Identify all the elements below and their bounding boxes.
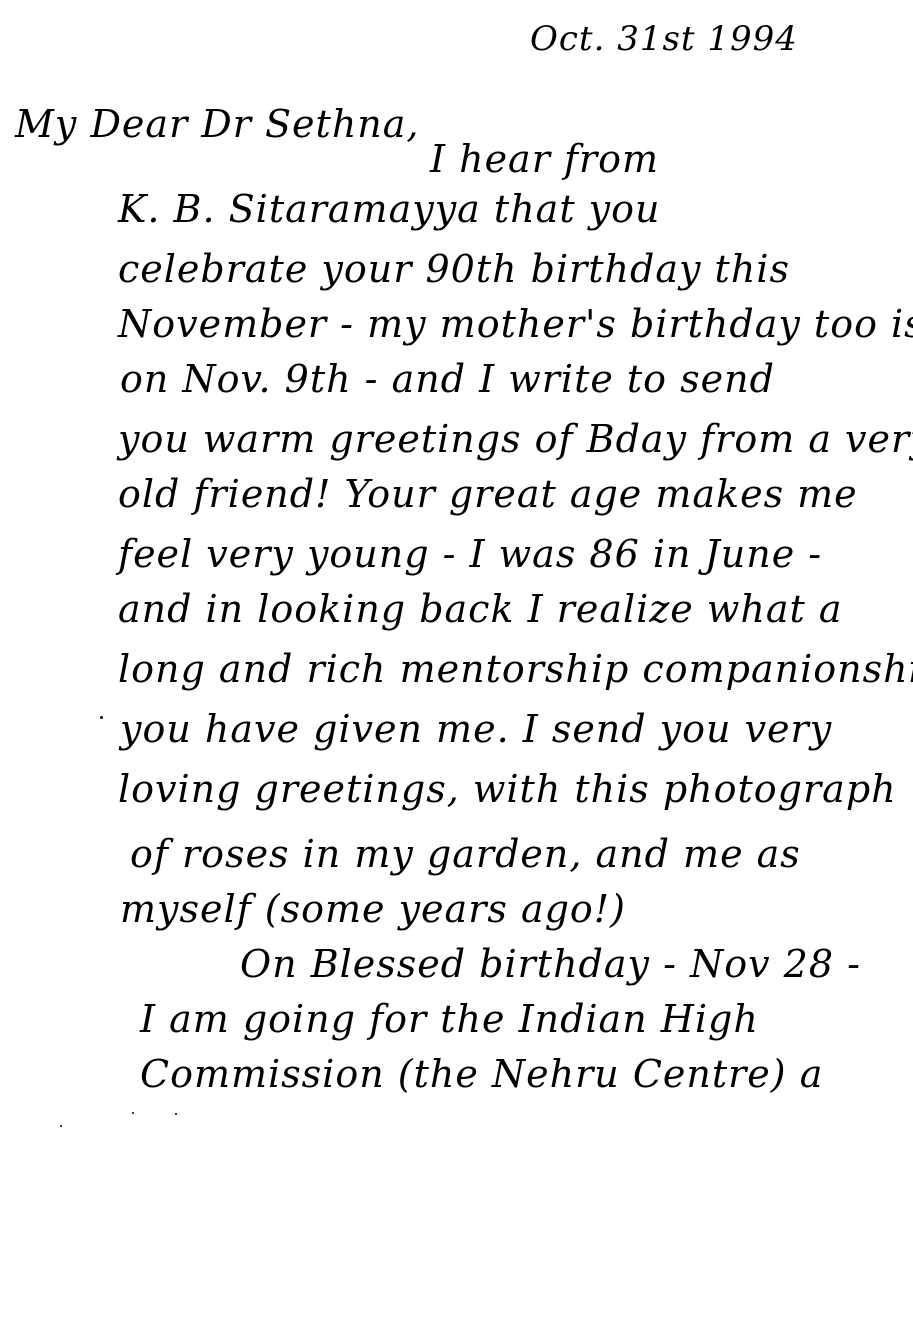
letter-line-1: I hear from: [430, 140, 659, 178]
ink-speck: [60, 1125, 62, 1127]
letter-line-12: loving greetings, with this photograph: [118, 770, 897, 808]
letter-line-15: On Blessed birthday - Nov 28 -: [240, 945, 861, 983]
letter-page: Oct. 31st 1994 My Dear Dr Sethna, I hear…: [0, 0, 913, 1331]
letter-date: Oct. 31st 1994: [530, 22, 798, 56]
letter-line-7: old friend! Your great age makes me: [118, 475, 858, 513]
letter-line-8: feel very young - I was 86 in June -: [118, 535, 822, 573]
letter-line-17: Commission (the Nehru Centre) a: [140, 1055, 823, 1093]
letter-line-10: long and rich mentorship companionship: [118, 650, 913, 688]
ink-speck: [132, 1112, 134, 1114]
letter-line-5: on Nov. 9th - and I write to send: [120, 360, 775, 398]
ink-speck: [100, 716, 103, 719]
letter-line-16: I am going for the Indian High: [140, 1000, 759, 1038]
letter-line-9: and in looking back I realize what a: [118, 590, 843, 628]
letter-line-2: K. B. Sitaramayya that you: [118, 190, 661, 228]
letter-line-14: myself (some years ago!): [120, 890, 626, 928]
letter-salutation: My Dear Dr Sethna,: [15, 105, 420, 143]
letter-line-6: you warm greetings of Bday from a very: [118, 420, 913, 458]
letter-line-3: celebrate your 90th birthday this: [118, 250, 790, 288]
ink-speck: [175, 1113, 177, 1115]
letter-line-4: November - my mother's birthday too is: [118, 305, 913, 343]
letter-line-13: of roses in my garden, and me as: [130, 835, 801, 873]
letter-line-11: you have given me. I send you very: [120, 710, 832, 748]
